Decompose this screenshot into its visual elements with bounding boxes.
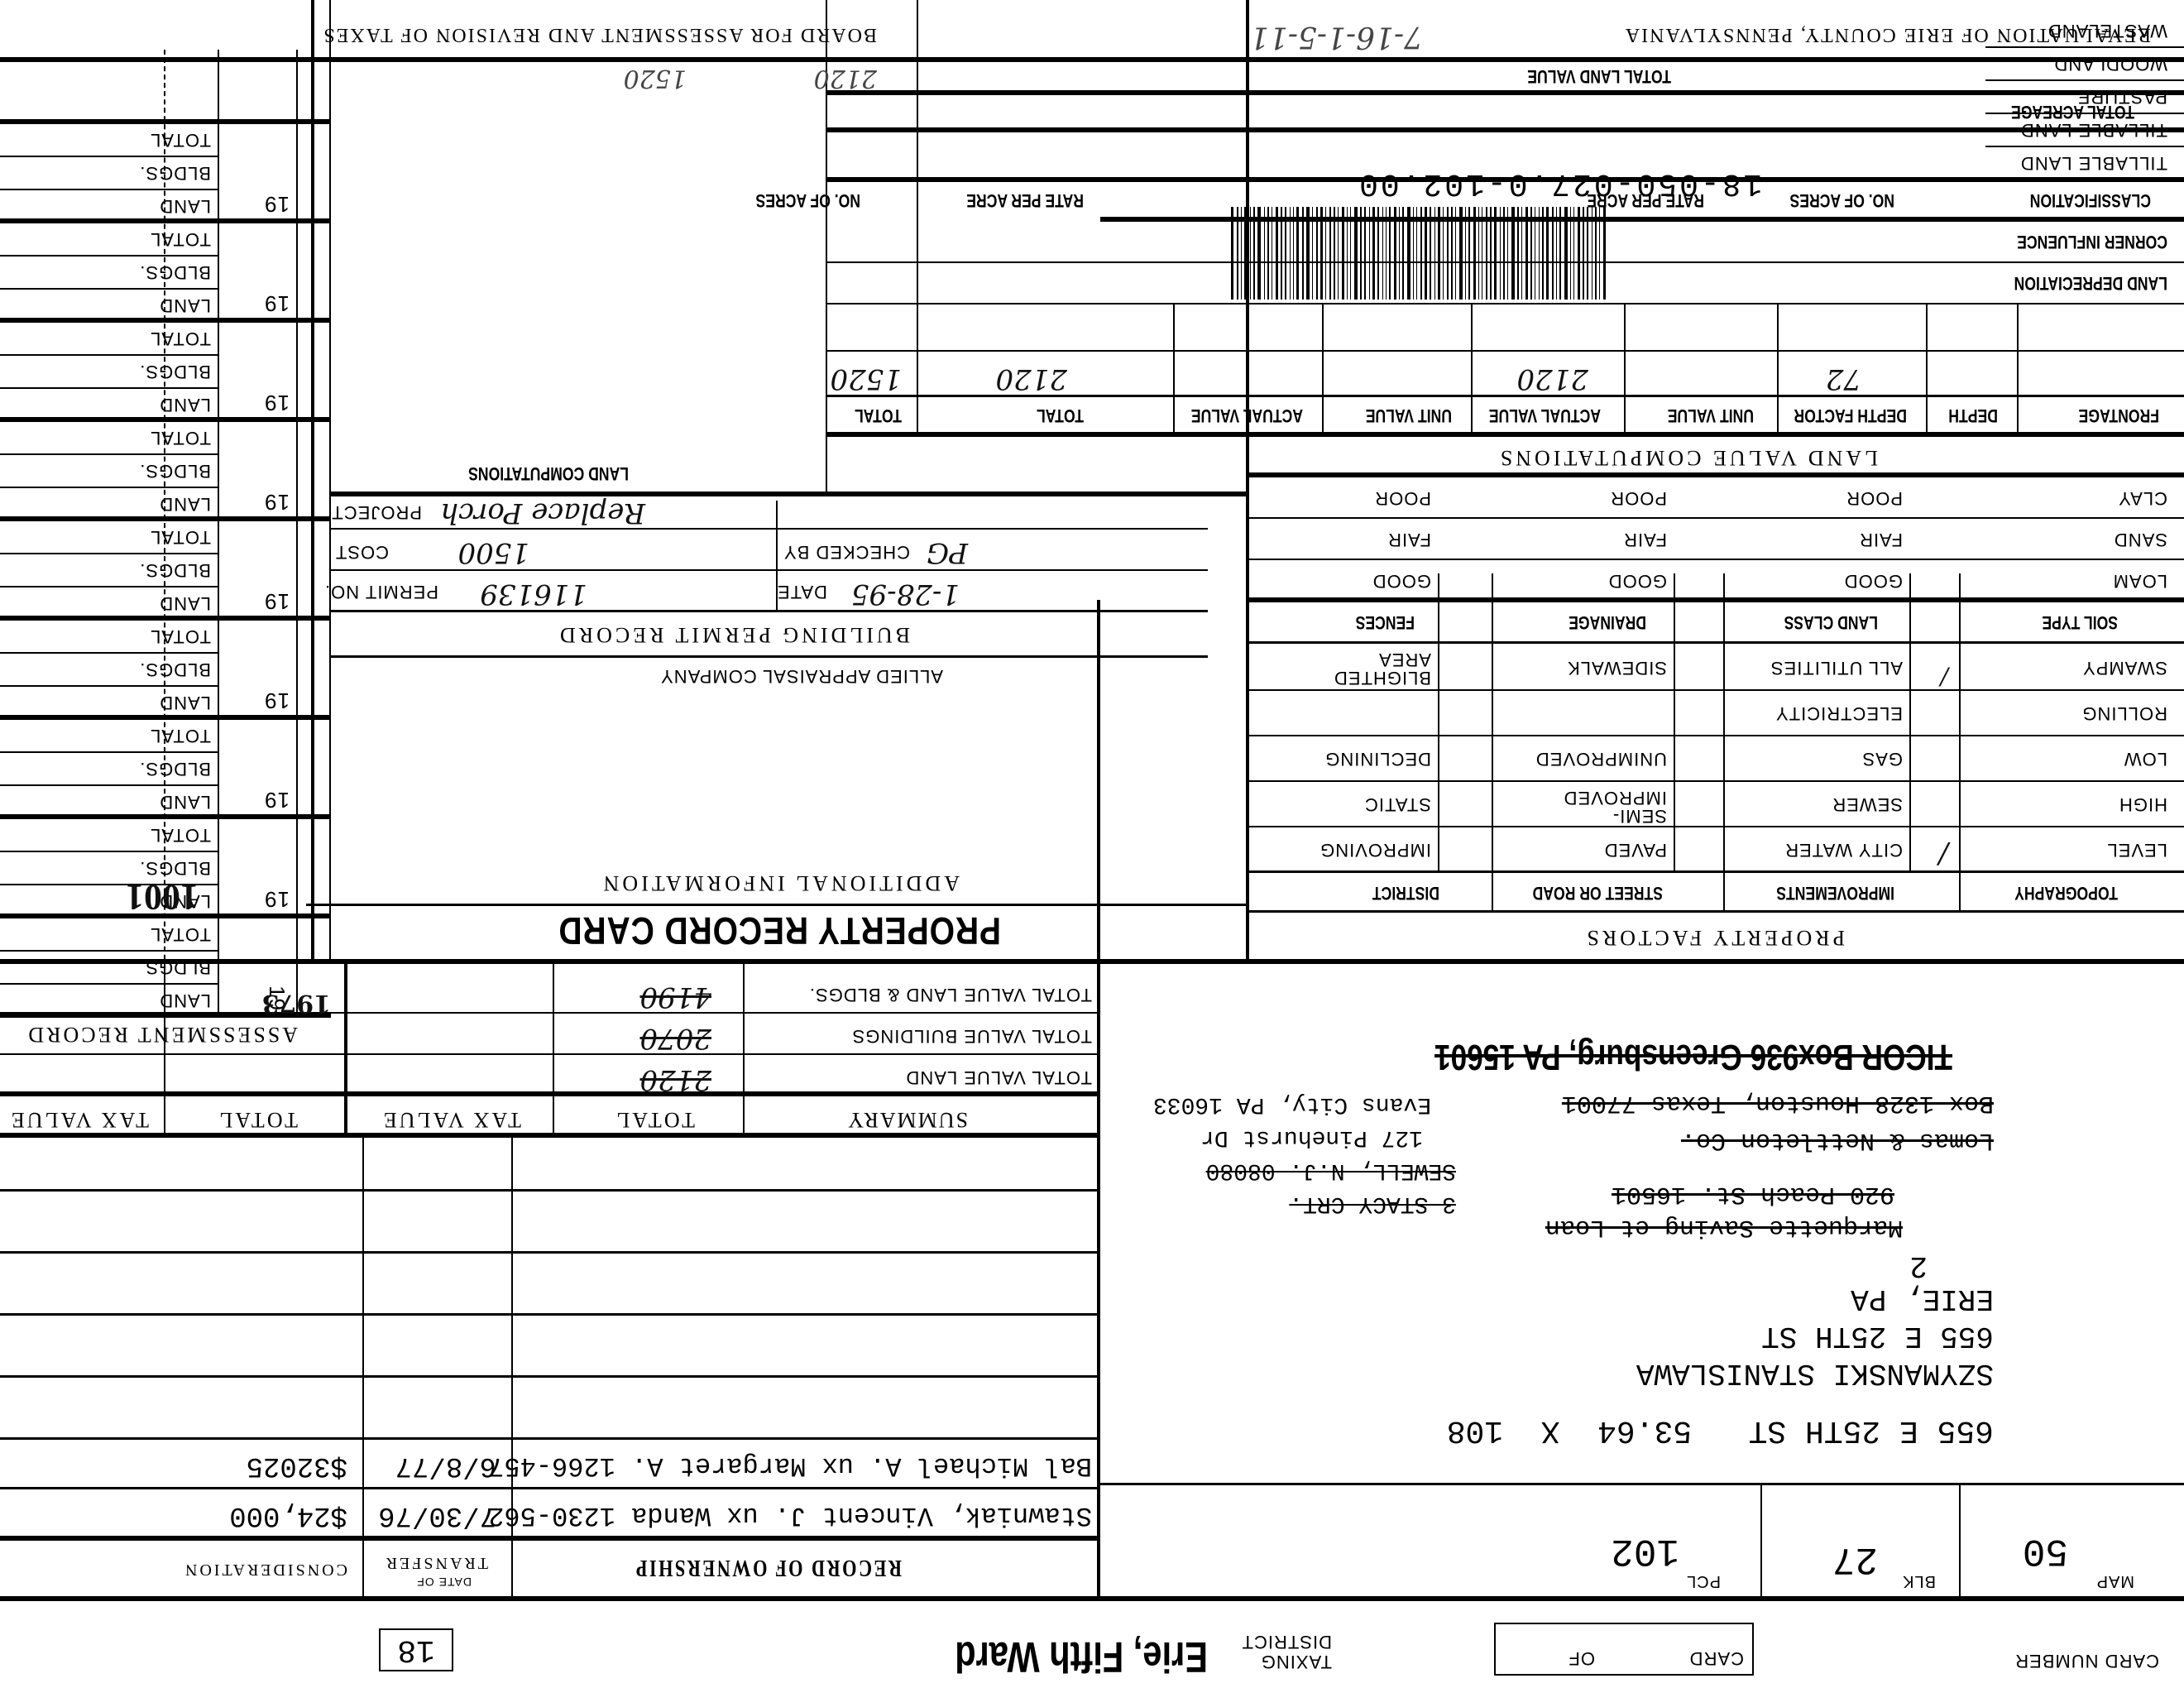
assessment-year: 19 bbox=[264, 489, 290, 515]
divider bbox=[1249, 910, 2184, 913]
land-computations-title: LAND COMPUTATIONS bbox=[468, 463, 629, 484]
permit-no-value[interactable]: 116139 bbox=[480, 578, 587, 611]
pf-cell: ELECTRICITY bbox=[1775, 703, 1903, 724]
property-factors-title: PROPERTY FACTORS bbox=[1583, 925, 1845, 950]
assessment-label: BLDGS. bbox=[139, 758, 211, 779]
summary-col-total: TOTAL bbox=[614, 1107, 695, 1132]
soil-header: SOIL TYPE bbox=[2042, 611, 2118, 633]
summary-col-tax-value: TAX VALUE bbox=[381, 1107, 521, 1132]
barcode-bar bbox=[1285, 207, 1286, 300]
divider bbox=[1249, 735, 2184, 736]
barcode-bar bbox=[1478, 207, 1479, 300]
assessment-label: TOTAL bbox=[150, 328, 211, 349]
barcode-bar bbox=[1325, 207, 1326, 300]
pf-cell: IMPROVING bbox=[1319, 839, 1431, 861]
barcode-bar bbox=[1377, 207, 1379, 300]
divider bbox=[2017, 305, 2019, 437]
divider bbox=[511, 1138, 513, 1601]
barcode-bar bbox=[1402, 207, 1404, 300]
barcode-bar bbox=[1334, 207, 1335, 300]
assessment-year: 19 bbox=[264, 886, 290, 912]
divider bbox=[1100, 1483, 2184, 1485]
barcode-bar bbox=[1455, 207, 1456, 300]
pf-check-mark[interactable]: / bbox=[1939, 837, 1948, 870]
barcode-bar bbox=[1237, 207, 1238, 300]
barcode-bar bbox=[1552, 207, 1554, 300]
pf-cell: HIGH bbox=[2119, 794, 2167, 815]
parcel-id: 18-050-027.0-102.00 bbox=[1357, 165, 1762, 201]
soil-cell: FAIR bbox=[1387, 529, 1431, 550]
barcode-bar bbox=[1264, 207, 1265, 300]
assessment-year: 19 bbox=[264, 688, 290, 713]
soil-cell: FAIR bbox=[1859, 529, 1903, 550]
pf-header: DISTRICT bbox=[1372, 882, 1439, 904]
barcode-bar bbox=[1231, 207, 1233, 300]
assessment-label: TOTAL bbox=[150, 129, 211, 151]
divider bbox=[0, 1487, 1100, 1489]
divider bbox=[0, 1596, 2184, 1601]
summary-row-total: 2120 bbox=[639, 1063, 711, 1096]
barcode-bar bbox=[1564, 207, 1568, 300]
lvc-actual-value: 2120 bbox=[1516, 362, 1588, 396]
divider bbox=[1985, 146, 2184, 147]
divider bbox=[0, 1091, 1100, 1096]
permit-cost-value[interactable]: 1500 bbox=[457, 536, 529, 569]
blk-label: BLK bbox=[1902, 1571, 1936, 1590]
ownership-date: 7/30/76 bbox=[378, 1499, 496, 1531]
lvc-total: 1520 bbox=[830, 362, 902, 396]
county-title: REVALUATION OF ERIE COUNTY, PENNSYLVANIA bbox=[1624, 23, 2151, 46]
divider bbox=[743, 964, 745, 1138]
barcode-bar bbox=[1451, 207, 1453, 300]
divider bbox=[1985, 46, 2184, 48]
assessment-label: TOTAL bbox=[150, 626, 211, 647]
barcode-bar bbox=[1578, 207, 1580, 300]
barcode-bar bbox=[1329, 207, 1331, 300]
divider bbox=[0, 1053, 1100, 1055]
barcode-bar bbox=[1434, 207, 1435, 300]
divider bbox=[331, 655, 1208, 658]
barcode-bar bbox=[1443, 207, 1444, 300]
barcode-bar bbox=[1296, 207, 1299, 300]
soil-cell: GOOD bbox=[1608, 570, 1667, 592]
divider bbox=[827, 303, 2184, 305]
divider bbox=[0, 57, 2184, 62]
top-handwriting: 7-16-1-5-11 bbox=[1250, 20, 1423, 54]
mortgagee-line: Box 1328 Houston, Texas 77001 bbox=[1562, 1089, 1994, 1117]
assessment-label: LAND bbox=[159, 295, 211, 316]
barcode-bar bbox=[1556, 207, 1557, 300]
ownership-title: RECORD OF OWNERSHIP bbox=[634, 1554, 902, 1580]
assessment-year: 19 bbox=[264, 787, 290, 813]
barcode-bar bbox=[1530, 207, 1532, 300]
lvc-header: FRONTAGE bbox=[2079, 405, 2159, 426]
total-land-value-label: TOTAL LAND VALUE bbox=[1527, 65, 1671, 87]
soil-cell: POOR bbox=[1374, 487, 1431, 509]
total-land-value-2: 1520 bbox=[624, 64, 687, 93]
soil-cell: POOR bbox=[1610, 487, 1667, 509]
soil-cell: GOOD bbox=[1844, 570, 1903, 592]
soil-cell: FAIR bbox=[1623, 529, 1667, 550]
owner-city: ERIE, PA bbox=[1851, 1282, 1994, 1316]
permit-checked-label: CHECKED BY bbox=[783, 541, 910, 563]
divider bbox=[1249, 517, 2184, 519]
owner-street: 655 E 25TH ST bbox=[1761, 1319, 1994, 1353]
divider bbox=[0, 1313, 1100, 1316]
total-land-value-1: 2120 bbox=[814, 64, 877, 93]
summary-row-label: TOTAL VALUE LAND & BLDGS. bbox=[809, 984, 1092, 1005]
assessment-label: BLDGS. bbox=[139, 957, 211, 978]
pf-cell: UNIMPROVED bbox=[1535, 748, 1667, 770]
divider bbox=[1492, 573, 1493, 913]
barcode-bar bbox=[1372, 207, 1375, 300]
divider bbox=[344, 964, 347, 1138]
lvc-header: TOTAL bbox=[1037, 405, 1084, 426]
assessment-stamped-year: 1973 bbox=[262, 989, 332, 1018]
lvc-header: UNIT VALUE bbox=[1668, 405, 1754, 426]
barcode-bar bbox=[1276, 207, 1278, 300]
building-permit-title: BUILDING PERMIT RECORD bbox=[557, 622, 910, 647]
pf-check-mark[interactable]: / bbox=[1941, 664, 1948, 691]
barcode-bar bbox=[1583, 207, 1584, 300]
divider bbox=[1249, 641, 2184, 644]
barcode-bar bbox=[1473, 207, 1476, 300]
barcode-bar bbox=[1338, 207, 1339, 300]
ownership-col-consideration: CONSIDERATION bbox=[183, 1560, 347, 1579]
divider bbox=[553, 964, 554, 1138]
assessment-label: TOTAL bbox=[150, 526, 211, 548]
parcel-id-container: 18-050-027.0-102.00 bbox=[1216, 165, 1878, 199]
soil-cell: GOOD bbox=[1372, 570, 1431, 592]
soil-header: FENCES bbox=[1356, 611, 1415, 633]
barcode-bar bbox=[1511, 207, 1515, 300]
divider bbox=[1249, 559, 2184, 560]
divider bbox=[0, 1375, 1100, 1378]
barcode-bar bbox=[1573, 207, 1574, 300]
pf-cell: STATIC bbox=[1364, 794, 1431, 815]
owner-name: SZYMANSKI STANISLAWA bbox=[1636, 1356, 1994, 1390]
assessment-label: TOTAL bbox=[150, 725, 211, 746]
barcode-bar bbox=[1253, 207, 1255, 300]
barcode-bar bbox=[1494, 207, 1497, 300]
barcode-bar bbox=[1241, 207, 1242, 300]
barcode-bar bbox=[1521, 207, 1522, 300]
divider bbox=[827, 127, 2184, 132]
barcode-bar bbox=[1500, 207, 1501, 300]
divider bbox=[1909, 573, 1911, 873]
barcode-bar bbox=[1394, 207, 1396, 300]
appraisal-company: ALLIED APPRAISAL COMPANY bbox=[660, 665, 943, 687]
pf-cell: SEMI-IMPROVED bbox=[1535, 789, 1667, 825]
additional-info-title: ADDITIONAL INFORMATION bbox=[601, 870, 960, 895]
ownership-consideration: $32025 bbox=[247, 1450, 347, 1481]
land-value-computations-title: LAND VALUE COMPUTATIONS bbox=[1497, 445, 1878, 470]
permit-date-label: DATE bbox=[777, 581, 827, 602]
summary-row-total: 4190 bbox=[639, 981, 711, 1014]
pf-header: IMPROVEMENTS bbox=[1776, 882, 1894, 904]
assessment-year: 19 bbox=[264, 290, 290, 316]
soil-header: LAND CLASS bbox=[1784, 611, 1878, 633]
barcode-bar bbox=[1517, 207, 1519, 300]
barcode-bar bbox=[1290, 207, 1291, 300]
soil-cell: POOR bbox=[1846, 487, 1903, 509]
divider bbox=[331, 492, 1249, 496]
divider bbox=[1624, 305, 1626, 437]
ownership-consideration: $24,000 bbox=[229, 1499, 347, 1531]
barcode-bar bbox=[1486, 207, 1487, 300]
map-label: MAP bbox=[2096, 1571, 2134, 1590]
pf-cell: ALL UTILITIES bbox=[1770, 657, 1903, 679]
ownership-col-date-top: DATE OF bbox=[416, 1575, 472, 1589]
barcode-bar bbox=[1482, 207, 1482, 300]
lvc-depth-factor: 72 bbox=[1826, 362, 1861, 396]
ownership-col-date-bottom: TRANSFER bbox=[384, 1553, 488, 1572]
assessment-label: LAND bbox=[159, 592, 211, 614]
owner-line4: 2 bbox=[1909, 1249, 1928, 1283]
divider bbox=[1249, 780, 2184, 782]
divider bbox=[0, 1437, 1100, 1440]
barcode-bar bbox=[1316, 207, 1318, 300]
divider bbox=[1674, 573, 1675, 873]
taxing-district-label: TAXING DISTRICT bbox=[1224, 1632, 1332, 1671]
barcode-bar bbox=[1542, 207, 1544, 300]
barcode-bar bbox=[1525, 207, 1528, 300]
taxing-district-value: Erie, Fifth Ward bbox=[955, 1632, 1208, 1681]
divider bbox=[329, 0, 331, 964]
pcl-label: PCL bbox=[1686, 1571, 1721, 1590]
assessment-label: TOTAL bbox=[150, 923, 211, 945]
barcode-bar bbox=[1546, 207, 1549, 300]
second-address-line: SEWELL, N.J. 08080 bbox=[1206, 1158, 1456, 1183]
barcode-bar bbox=[1250, 207, 1251, 300]
pf-cell: ROLLING bbox=[2081, 703, 2167, 724]
corner-influence-label: CORNER INFLUENCE bbox=[2017, 231, 2167, 252]
divider bbox=[296, 50, 298, 1018]
acreage-header: CLASSIFICATION bbox=[2030, 189, 2151, 211]
divider bbox=[362, 1138, 364, 1601]
barcode-bar bbox=[1382, 207, 1383, 300]
card-label: CARD bbox=[1689, 1647, 1744, 1669]
barcode-bar bbox=[1425, 207, 1427, 300]
assessment-label: LAND bbox=[159, 692, 211, 713]
lvc-header: UNIT VALUE bbox=[1366, 405, 1452, 426]
mortgagee-line: 920 Peach St. 16501 bbox=[1612, 1180, 1894, 1208]
summary-col-total: TOTAL bbox=[217, 1107, 298, 1132]
divider bbox=[0, 119, 331, 124]
lvc-header: DEPTH bbox=[1948, 405, 1998, 426]
permit-project-value[interactable]: Replace Porch bbox=[440, 496, 645, 530]
property-location: 655 E 25TH ST 53.64 X 108 bbox=[1447, 1412, 1994, 1448]
barcode-bar bbox=[1281, 207, 1282, 300]
soil-cell: LOAM bbox=[2113, 570, 2167, 592]
barcode-bar bbox=[1413, 207, 1414, 300]
barcode-bar bbox=[1354, 207, 1358, 300]
assessment-label: LAND bbox=[159, 791, 211, 813]
barcode-bar bbox=[1306, 207, 1310, 300]
barcode-bar bbox=[1399, 207, 1400, 300]
assessment-label: LAND bbox=[159, 990, 211, 1011]
summary-col-tax-value: TAX VALUE bbox=[9, 1107, 149, 1132]
barcode-bar bbox=[1447, 207, 1449, 300]
board-title: BOARD FOR ASSESSMENT AND REVISION OF TAX… bbox=[322, 23, 877, 46]
district-box: 18 bbox=[379, 1628, 453, 1671]
divider bbox=[1249, 597, 2184, 602]
pf-cell: SWAMPY bbox=[2082, 657, 2167, 679]
divider bbox=[1959, 573, 1961, 913]
of-label: OF bbox=[1568, 1647, 1595, 1669]
permit-date-value[interactable]: 1-28-95 bbox=[851, 578, 960, 611]
assessment-label: BLDGS. bbox=[139, 460, 211, 482]
mortgagee-line: Marquette Saving et Loan bbox=[1545, 1213, 1903, 1241]
barcode-bar bbox=[1490, 207, 1492, 300]
assessment-label: LAND bbox=[159, 493, 211, 515]
barcode-bar bbox=[1539, 207, 1540, 300]
divider bbox=[917, 0, 918, 437]
divider bbox=[1777, 305, 1779, 437]
lvc-header: ACTUAL VALUE bbox=[1489, 405, 1601, 426]
barcode-bar bbox=[1257, 207, 1261, 300]
total-acreage-label: TOTAL ACREAGE bbox=[2011, 101, 2134, 122]
second-address-line: 127 Pinehurst Dr bbox=[1200, 1125, 1423, 1150]
assessment-label: TOTAL bbox=[150, 228, 211, 250]
lvc-total: 2120 bbox=[995, 362, 1067, 396]
barcode-bar bbox=[1342, 207, 1344, 300]
divider bbox=[1438, 573, 1439, 873]
divider bbox=[311, 0, 314, 964]
mortgagee-line: Lomas & Nettleton Co. bbox=[1681, 1126, 1994, 1154]
soil-cell: SAND bbox=[2114, 529, 2167, 550]
pf-cell: SEWER bbox=[1832, 794, 1903, 815]
permit-checked-value[interactable]: PG bbox=[927, 536, 968, 569]
barcode-bar bbox=[1507, 207, 1508, 300]
map-value: 50 bbox=[2023, 1529, 2068, 1572]
barcode-bar bbox=[1416, 207, 1417, 300]
barcode-bar bbox=[1599, 207, 1600, 300]
barcode-bar bbox=[1595, 207, 1597, 300]
barcode-bar bbox=[1369, 207, 1370, 300]
divider bbox=[331, 569, 1208, 571]
assessment-year: 19 bbox=[264, 191, 290, 217]
permit-project-label: PROJECT bbox=[331, 501, 422, 523]
property-record-card-title: PROPERTY RECORD CARD bbox=[558, 909, 1002, 953]
assessment-label: LAND bbox=[159, 394, 211, 415]
assessment-year: 19 bbox=[264, 588, 290, 614]
divider bbox=[1926, 305, 1928, 437]
divider bbox=[1959, 1485, 1961, 1601]
barcode-bar bbox=[1587, 207, 1588, 300]
pcl-value: 102 bbox=[1611, 1529, 1679, 1572]
acreage-row-label: WOODLAND bbox=[2053, 53, 2167, 74]
divider bbox=[0, 959, 2184, 964]
barcode-bar bbox=[1320, 207, 1323, 300]
divider bbox=[1985, 79, 2184, 81]
assessment-label: TOTAL bbox=[150, 824, 211, 846]
divider bbox=[0, 1189, 1100, 1192]
barcode-bar bbox=[1503, 207, 1505, 300]
parcel-barcode bbox=[1231, 207, 1885, 300]
pf-cell: DECLINING bbox=[1324, 748, 1431, 770]
barcode-bar bbox=[1570, 207, 1571, 300]
acreage-row-label: TILLABLE LAND bbox=[2020, 152, 2167, 174]
divider bbox=[1723, 573, 1725, 913]
soil-header: DRAINAGE bbox=[1569, 611, 1646, 633]
divider bbox=[218, 50, 219, 1018]
assessment-year: 19 bbox=[264, 390, 290, 415]
assessment-label: BLDGS. bbox=[139, 162, 211, 184]
pf-cell: CITY WATER bbox=[1784, 839, 1903, 861]
barcode-bar bbox=[1603, 207, 1606, 300]
divider bbox=[1246, 0, 1249, 964]
divider bbox=[827, 432, 2184, 437]
second-address-line: Evans City, PA 16033 bbox=[1153, 1091, 1431, 1117]
divider bbox=[1249, 689, 2184, 691]
barcode-bar bbox=[1312, 207, 1313, 300]
barcode-bar bbox=[1407, 207, 1410, 300]
pf-cell: SIDEWALK bbox=[1567, 657, 1667, 679]
ownership-owner: Bal Michael A. ux Margaret A. 1266-457 bbox=[488, 1451, 1092, 1481]
divider bbox=[1249, 472, 2184, 477]
acreage-header: RATE PER ACRE bbox=[966, 189, 1084, 211]
divider bbox=[1322, 305, 1324, 437]
barcode-bar bbox=[1430, 207, 1431, 300]
barcode-bar bbox=[1465, 207, 1466, 300]
summary-row-label: TOTAL VALUE LAND bbox=[906, 1067, 1092, 1088]
pf-cell: BLIGHTED AREA bbox=[1324, 650, 1431, 687]
barcode-bar bbox=[1459, 207, 1463, 300]
divider bbox=[827, 90, 2184, 95]
permit-no-label: PERMIT NO. bbox=[324, 581, 438, 602]
assessment-label: BLDGS. bbox=[139, 559, 211, 581]
card-number-label: CARD NUMBER bbox=[2014, 1650, 2159, 1671]
divider bbox=[1249, 870, 2184, 873]
pf-cell: LOW bbox=[2124, 748, 2167, 770]
barcode-bar bbox=[1420, 207, 1422, 300]
ownership-date: 6/8/77 bbox=[395, 1450, 496, 1481]
assessment-label: BLDGS. bbox=[139, 261, 211, 283]
lvc-header: DEPTH FACTOR bbox=[1794, 405, 1907, 426]
divider bbox=[1471, 305, 1473, 437]
barcode-bar bbox=[1559, 207, 1561, 300]
mortgagee-line: TICOR Box936 Greensburg, PA 15601 bbox=[1434, 1036, 1952, 1077]
pf-header: STREET OR ROAD bbox=[1533, 882, 1663, 904]
blk-value: 27 bbox=[1832, 1537, 1878, 1580]
barcode-bar bbox=[1267, 207, 1269, 300]
assessment-label: BLDGS. bbox=[139, 361, 211, 382]
barcode-bar bbox=[1592, 207, 1592, 300]
barcode-bar bbox=[1272, 207, 1272, 300]
summary-row-label: TOTAL VALUE BUILDINGS bbox=[852, 1025, 1092, 1047]
barcode-bar bbox=[1293, 207, 1294, 300]
barcode-bar bbox=[1535, 207, 1535, 300]
lvc-header: ACTUAL VALUE bbox=[1191, 405, 1303, 426]
acreage-header: NO. OF ACRES bbox=[756, 189, 860, 211]
second-address-line: 3 STACY CRT. bbox=[1289, 1191, 1456, 1216]
assessment-label: TOTAL bbox=[150, 427, 211, 448]
barcode-bar bbox=[1468, 207, 1470, 300]
divider bbox=[0, 1251, 1100, 1254]
divider bbox=[0, 1536, 1100, 1541]
lvc-header: TOTAL bbox=[855, 405, 902, 426]
divider bbox=[827, 350, 2184, 352]
card-of-box[interactable]: CARD OF bbox=[1494, 1623, 1754, 1676]
divider bbox=[1097, 600, 1100, 1601]
assessment-stamp: 1001 bbox=[126, 876, 199, 918]
divider bbox=[1760, 1485, 1762, 1601]
barcode-bar bbox=[1389, 207, 1391, 300]
assessment-label: BLDGS. bbox=[139, 659, 211, 680]
pf-cell: GAS bbox=[1862, 748, 1903, 770]
barcode-bar bbox=[1244, 207, 1247, 300]
